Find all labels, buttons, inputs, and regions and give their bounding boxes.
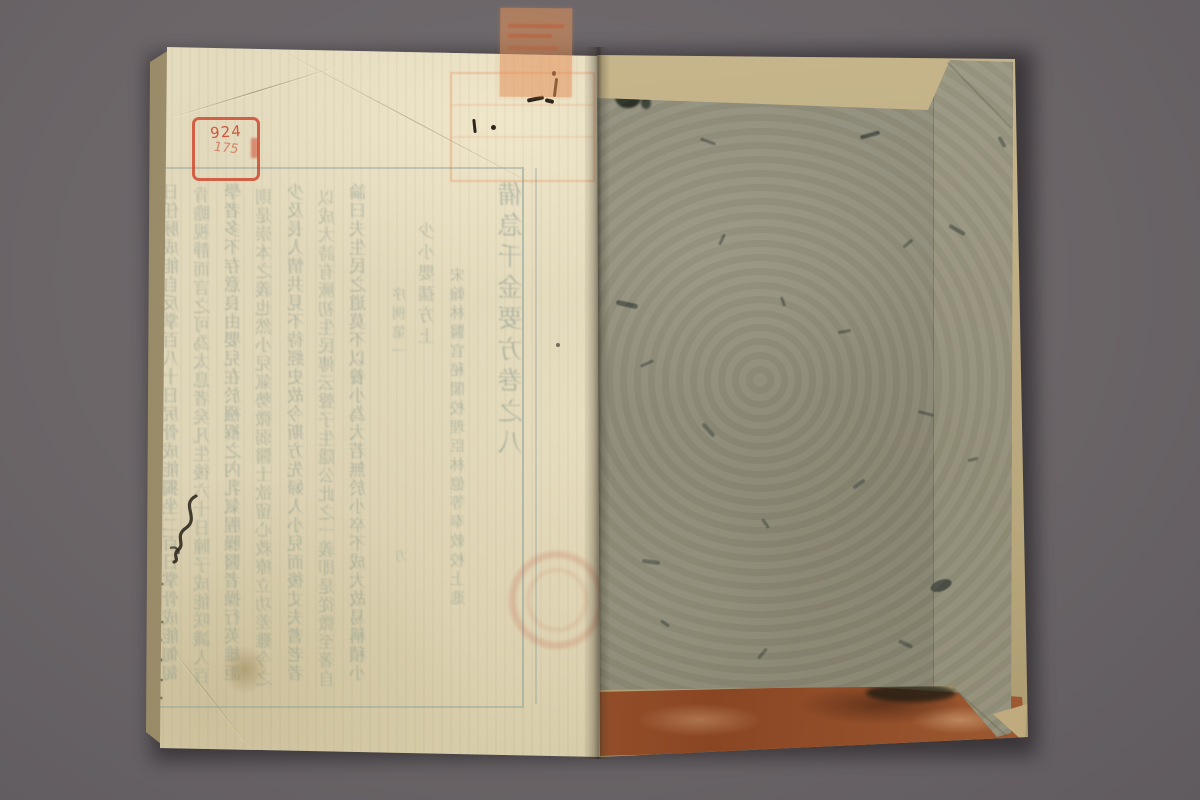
bleedthrough-title-column: 備急千金要方巻之八: [499, 181, 524, 460]
bleedthrough-body-column: 肯瞻視靜而言之可為太息者矣凡生後六十日瞳子成能咲識人百: [196, 186, 213, 686]
paper-crease: [165, 639, 246, 742]
bleedthrough-editor-column: 宋翰林醫官秘閣校理臣林億等奉敕校上進: [451, 267, 466, 609]
paper-fiber-blob: [929, 577, 953, 595]
paper-fiber: [660, 619, 670, 627]
bleedthrough-body-column: 以成大詩有厥初生民傳云聲子生隱公此之一義即是從微至著自: [321, 189, 338, 689]
paper-fiber: [948, 224, 966, 236]
paper-fiber: [902, 238, 913, 248]
paper-fiber: [642, 559, 660, 565]
paper-fiber: [968, 457, 978, 462]
library-accession-stamp: 924 175: [192, 117, 260, 181]
bleedthrough-frame-inner-line: [535, 168, 537, 704]
gutter-shadow: [584, 47, 610, 759]
stamp-mark: [251, 138, 258, 158]
paper-fiber: [860, 130, 880, 139]
bleedthrough-body-column: 則是崇本之義也然小兒氣勢微弱醫士欲留心救療立功差難今之: [258, 188, 275, 688]
ink-mark: [545, 98, 555, 104]
tag-marking: [508, 34, 552, 38]
paper-fiber: [852, 478, 866, 489]
paper-fiber: [838, 329, 851, 334]
paper-fiber: [718, 233, 726, 245]
paper-fiber: [918, 410, 934, 417]
paper-fiber: [780, 296, 786, 306]
fore-edge-turnin-strip: [933, 60, 1012, 737]
stamp-number-line: 175: [193, 138, 258, 159]
ink-mark: [491, 125, 496, 130]
photo-background: 備急千金要方巻之八 宋翰林醫官秘閣校理臣林億等奉敕校上進 少小嬰孺方上 序例第一…: [0, 0, 1200, 800]
paper-fiber: [757, 648, 768, 660]
paper-fiber: [898, 639, 913, 649]
bleedthrough-body-column: 日任脉成能自反掌百八十日尻骨成能獨坐二百日掌骨成能匍匐: [165, 183, 182, 683]
paper-fiber: [997, 136, 1006, 148]
paper-fiber: [701, 422, 715, 437]
bleedthrough-body-column: 少及長人情共見不待經史故今斯方先婦人小兒而後丈夫耆老者: [290, 183, 307, 683]
paper-stain: [222, 645, 268, 695]
bleedthrough-body-column: 論曰夫生民之道莫不以養小為大若無於小卒不成大故易稱積小: [352, 183, 369, 683]
paper-crease: [172, 67, 335, 118]
paper-fiber: [761, 518, 770, 529]
bleedthrough-body-column: 學者多不存意良由嬰兒在於襁褓之內乳氣腥臊醫者操行英雄詎: [227, 183, 244, 683]
bleedthrough-text-frame: [148, 167, 524, 708]
orange-paper-tag: [500, 8, 573, 98]
ink-mark: [254, 41, 258, 45]
tag-marking: [508, 24, 564, 28]
ink-mark: [556, 343, 560, 347]
stamp-number-line: 924: [194, 121, 257, 143]
paper-fiber: [640, 359, 654, 368]
bleedthrough-section-column: 少小嬰孺方上: [421, 222, 438, 348]
bleedthrough-section-column: 序例第一: [393, 287, 407, 363]
paper-fiber: [616, 300, 639, 309]
paper-fiber: [700, 137, 716, 145]
tag-marking: [508, 46, 558, 50]
ink-squiggle: [166, 492, 210, 564]
bleedthrough-section-column: 方: [396, 549, 409, 564]
ink-mark: [472, 119, 476, 133]
